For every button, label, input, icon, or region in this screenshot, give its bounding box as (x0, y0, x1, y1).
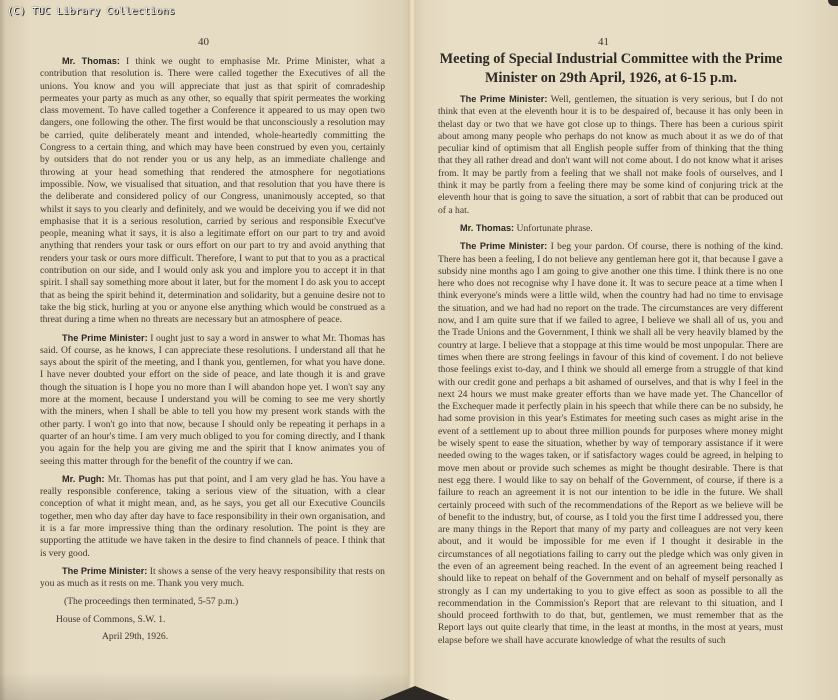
speaker-label: The Prime Minister: (62, 333, 148, 343)
proceedings-note: (The proceedings then terminated, 5-57 p… (40, 596, 385, 608)
paragraph: The Prime Minister: Well, gentlemen, the… (438, 93, 783, 217)
page-number: 40 (198, 36, 209, 48)
paragraph-text: I think we ought to emphasise Mr. Prime … (40, 56, 385, 325)
right-page-body: The Prime Minister: Well, gentlemen, the… (438, 93, 783, 652)
paragraph-text: I ought just to say a word in answer to … (40, 333, 385, 467)
watermark: (C) TUC Library Collections (7, 6, 175, 17)
right-page: 41 Meeting of Special Industrial Committ… (412, 0, 838, 700)
paragraph: The Prime Minister: It shows a sense of … (40, 565, 385, 591)
speaker-label: Mr. Thomas: (460, 223, 514, 233)
speaker-label: Mr. Thomas: (62, 56, 120, 66)
paragraph-text: Unfortunate phrase. (514, 223, 593, 234)
page-number: 41 (598, 36, 609, 48)
page-shadow (0, 672, 412, 700)
left-page: 40 Mr. Thomas: I think we ought to empha… (0, 0, 414, 700)
paragraph: Mr. Thomas: I think we ought to emphasis… (40, 55, 385, 327)
speaker-label: The Prime Minister: (62, 566, 147, 576)
paragraph: The Prime Minister: I ought just to say … (40, 332, 385, 468)
book-spread: 40 Mr. Thomas: I think we ought to empha… (0, 0, 838, 700)
paragraph-text: Well, gentlemen, the situation is very s… (438, 94, 783, 216)
paragraph-text: Mr. Thomas has put that point, and I am … (40, 474, 385, 559)
paragraph-text: I beg your pardon. Of course, there is n… (438, 241, 783, 646)
speaker-label: The Prime Minister: (460, 94, 547, 104)
left-page-body: Mr. Thomas: I think we ought to emphasis… (40, 55, 385, 648)
paragraph: Mr. Pugh: Mr. Thomas has put that point,… (40, 473, 385, 560)
speaker-label: The Prime Minister: (460, 241, 547, 251)
closing-place: House of Commons, S.W. 1. (40, 614, 385, 626)
paragraph: Mr. Thomas: Unfortunate phrase. (438, 222, 783, 235)
book-gutter (408, 0, 416, 700)
page-heading: Meeting of Special Industrial Committee … (426, 50, 796, 88)
speaker-label: Mr. Pugh: (62, 474, 105, 484)
paragraph: The Prime Minister: I beg your pardon. O… (438, 240, 783, 647)
closing-date: April 29th, 1926. (40, 631, 385, 643)
